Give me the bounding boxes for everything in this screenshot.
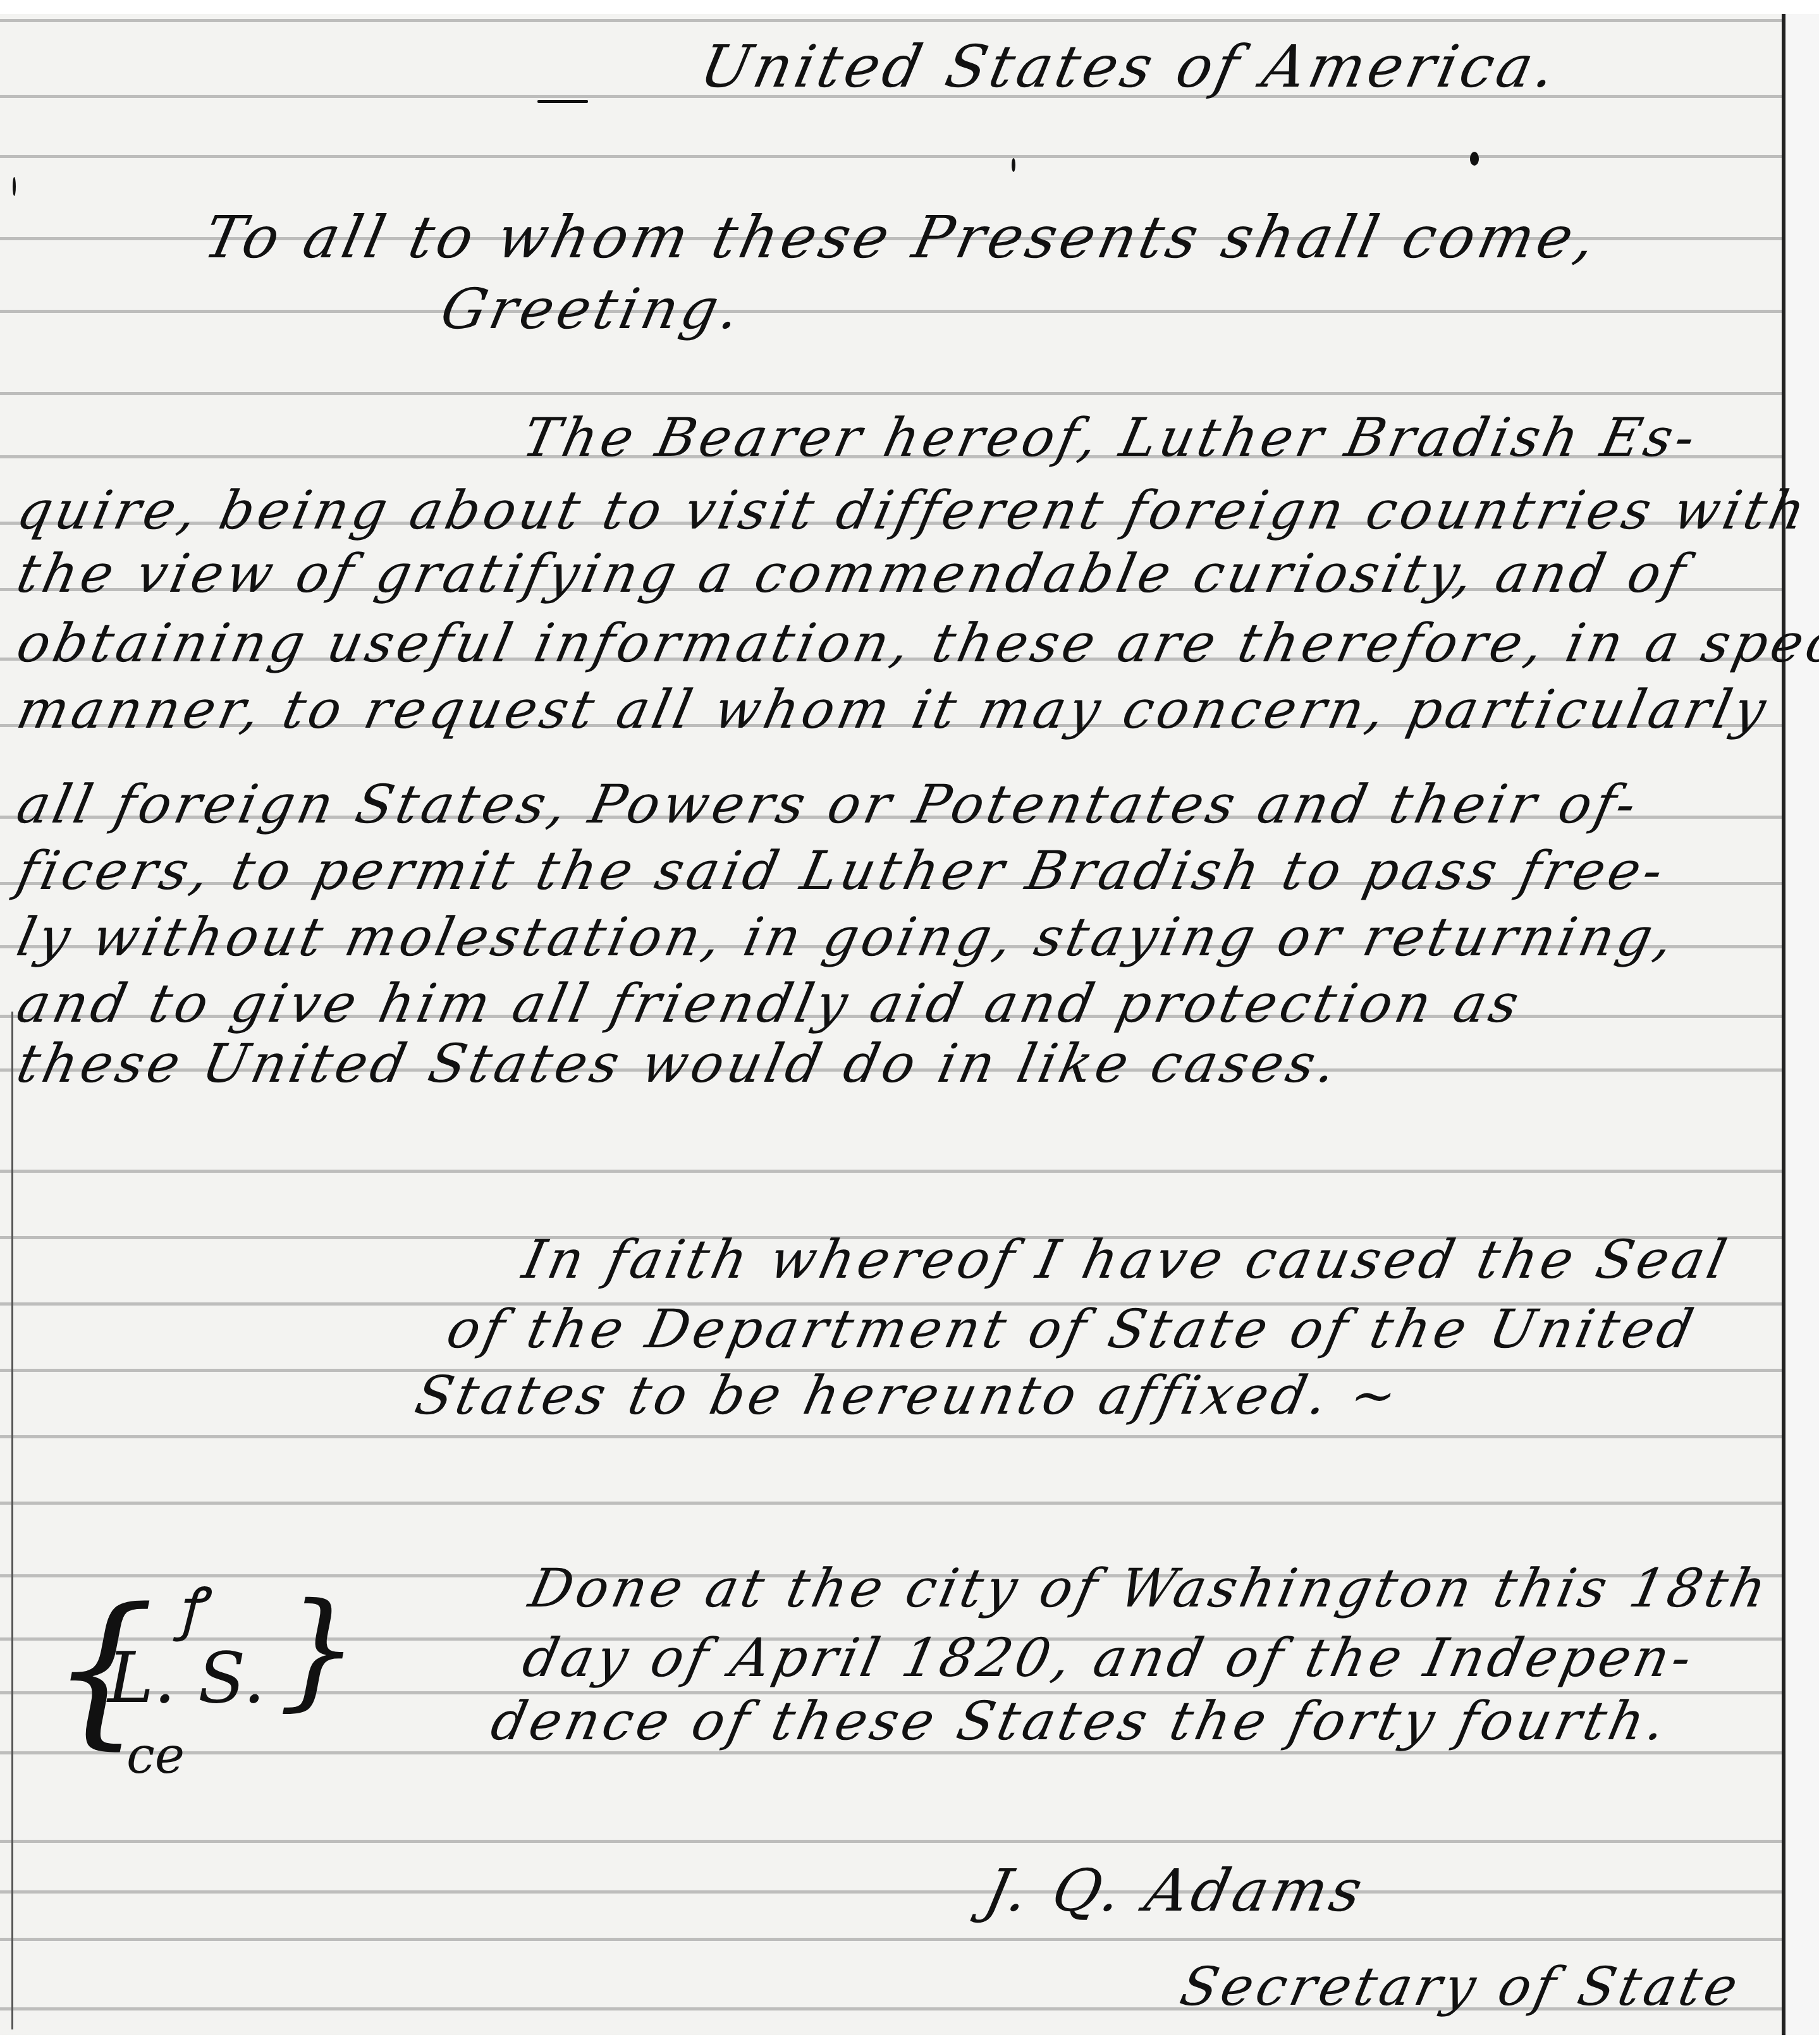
body-line: and to give him all friendly aid and pro…: [13, 977, 1527, 1030]
ruled-line: [0, 1502, 1782, 1505]
body-line: quire, being about to visit different fo…: [13, 484, 1813, 537]
ruled-line: [0, 19, 1782, 22]
margin-rule-left: [11, 1012, 13, 2029]
seal-flourish: ce: [126, 1726, 185, 1785]
dating-line: day of April 1820, and of the Indepen-: [518, 1631, 1700, 1684]
ruled-line: [0, 1170, 1782, 1173]
ruled-line: [0, 1435, 1782, 1438]
seal-brace-right: }: [278, 1587, 358, 1713]
body-line: manner, to request all whom it may conce…: [13, 683, 1774, 736]
signature-title: Secretary of State: [1176, 1960, 1746, 2013]
scan-border-bottom: [0, 2035, 1819, 2044]
ruled-line: [0, 1840, 1782, 1843]
body-line: all foreign States, Powers or Potentates…: [13, 778, 1644, 831]
attestation-line: of the Department of State of the United: [443, 1302, 1701, 1356]
ink-stroke: [537, 100, 588, 103]
body-line: ly without molestation, in going, stayin…: [13, 910, 1682, 964]
attestation-line: States to be hereunto affixed. ~: [411, 1369, 1405, 1422]
body-line: the view of gratifying a commendable cur…: [13, 547, 1694, 600]
document-page: United States of America. To all to whom…: [0, 0, 1819, 2044]
ruled-line: [0, 1938, 1782, 1941]
signature: J. Q. Adams: [980, 1862, 1371, 1920]
body-line: ficers, to permit the said Luther Bradis…: [13, 844, 1671, 897]
ink-blot: [1470, 152, 1479, 166]
seal-mark: { ꝭ L. S. } ce: [51, 1568, 329, 1796]
ruled-line: [0, 155, 1782, 158]
scan-margin-right: [1785, 14, 1819, 2037]
body-line: The Bearer hereof, Luther Bradish Es-: [518, 411, 1703, 464]
dating-line: Done at the city of Washington this 18th: [525, 1562, 1775, 1615]
ink-blot: [13, 177, 16, 196]
body-line: obtaining useful information, these are …: [13, 616, 1819, 670]
body-line: these United States would do in like cas…: [13, 1037, 1345, 1090]
ruled-line: [0, 310, 1782, 313]
ruled-line: [0, 392, 1782, 395]
margin-rule-right: [1782, 14, 1785, 2037]
ink-blot: [1012, 158, 1015, 172]
attestation-line: In faith whereof I have caused the Seal: [518, 1233, 1734, 1286]
dating-line: dence of these States the forty fourth.: [487, 1694, 1674, 1747]
seal-label: L. S.: [107, 1637, 265, 1718]
document-heading: United States of America.: [695, 38, 1564, 96]
ruled-line: [0, 1890, 1782, 1894]
salutation: To all to whom these Presents shall come…: [199, 209, 1604, 267]
seal-flourish: ꝭ: [177, 1568, 204, 1645]
scan-border-top: [0, 0, 1819, 14]
greeting: Greeting.: [436, 281, 749, 337]
